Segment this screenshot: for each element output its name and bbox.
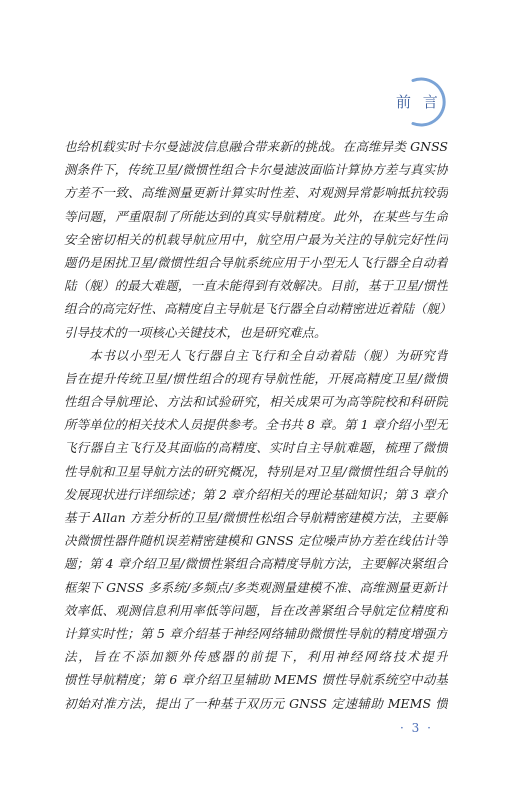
text-line: 陆（舰）的最大难题，一直未能得到有效解决。目前，基于卫星/惯性 xyxy=(64,274,448,297)
text-line: 也给机载实时卡尔曼滤波信息融合带来新的挑战。在高维异类 GNSS 观 xyxy=(64,135,448,158)
text-line: 等问题，严重限制了所能达到的真实导航精度。此外，在某些与生命 xyxy=(64,205,448,228)
text-line: 计算实时性；第 5 章介绍基于神经网络辅助微惯性导航的精度增强方 xyxy=(64,622,448,645)
page-number: · 3 · xyxy=(400,721,433,735)
text-line: 框架下 GNSS 多系统/多频点/多类观测量建模不准、高维测量更新计算 xyxy=(64,576,448,599)
text-line: 效率低、观测信息利用率低等问题，旨在改善紧组合导航定位精度和 xyxy=(64,599,448,622)
text-line: 题；第 4 章介绍卫星/微惯性紧组合高精度导航方法，主要解决紧组合 xyxy=(64,552,448,575)
book-page: 前 言 也给机载实时卡尔曼滤波信息融合带来新的挑战。在高维异类 GNSS 观 测… xyxy=(0,0,510,800)
body-text: 也给机载实时卡尔曼滤波信息融合带来新的挑战。在高维异类 GNSS 观 测条件下，… xyxy=(64,135,448,715)
text-line: 题仍是困扰卫星/微惯性组合导航系统应用于小型无人飞行器全自动着 xyxy=(64,251,448,274)
text-line: 组合的高完好性、高精度自主导航是飞行器全自动精密进近着陆（舰） xyxy=(64,297,448,320)
text-line: 安全密切相关的机载导航应用中，航空用户最为关注的导航完好性问 xyxy=(64,228,448,251)
text-line: 旨在提升传统卫星/惯性组合的现有导航性能，开展高精度卫星/微惯 xyxy=(64,367,448,390)
text-line: 惯性导航精度；第 6 章介绍卫星辅助 MEMS 惯性导航系统空中动基座 xyxy=(64,668,448,691)
text-line: 测条件下，传统卫星/微惯性组合卡尔曼滤波面临计算协方差与真实协 xyxy=(64,158,448,181)
text-line: 所等单位的相关技术人员提供参考。全书共 8 章。第 1 章介绍小型无人 xyxy=(64,413,448,436)
text-line: 初始对准方法，提出了一种基于双历元 GNSS 定速辅助 MEMS 惯导空中 xyxy=(64,692,448,715)
text-line: 方差不一致、高维测量更新计算实时性差、对观测异常影响抵抗较弱 xyxy=(64,181,448,204)
text-line: 基于 Allan 方差分析的卫星/微惯性松组合导航精密建模方法，主要解 xyxy=(64,506,448,529)
text-line: 引导技术的一项核心关键技术，也是研究难点。 xyxy=(64,321,448,344)
text-line: 决微惯性器件随机误差精密建模和 GNSS 定位噪声协方差在线估计等问 xyxy=(64,529,448,552)
text-line: 法，旨在不添加额外传感器的前提下，利用神经网络技术提升 MEMS xyxy=(64,645,448,668)
text-line: 飞行器自主飞行及其面临的高精度、实时自主导航难题，梳理了微惯 xyxy=(64,436,448,459)
text-line: 本书以小型无人飞行器自主飞行和全自动着陆（舰）为研究背景， xyxy=(64,344,448,367)
preface-header: 前 言 xyxy=(380,65,460,140)
text-line: 性导航和卫星导航方法的研究概况，特别是对卫星/微惯性组合导航的 xyxy=(64,460,448,483)
text-line: 性组合导航理论、方法和试验研究，相关成果可为高等院校和科研院 xyxy=(64,390,448,413)
text-line: 发展现状进行详细综述；第 2 章介绍相关的理论基础知识；第 3 章介绍 xyxy=(64,483,448,506)
page-title: 前 言 xyxy=(396,93,439,111)
